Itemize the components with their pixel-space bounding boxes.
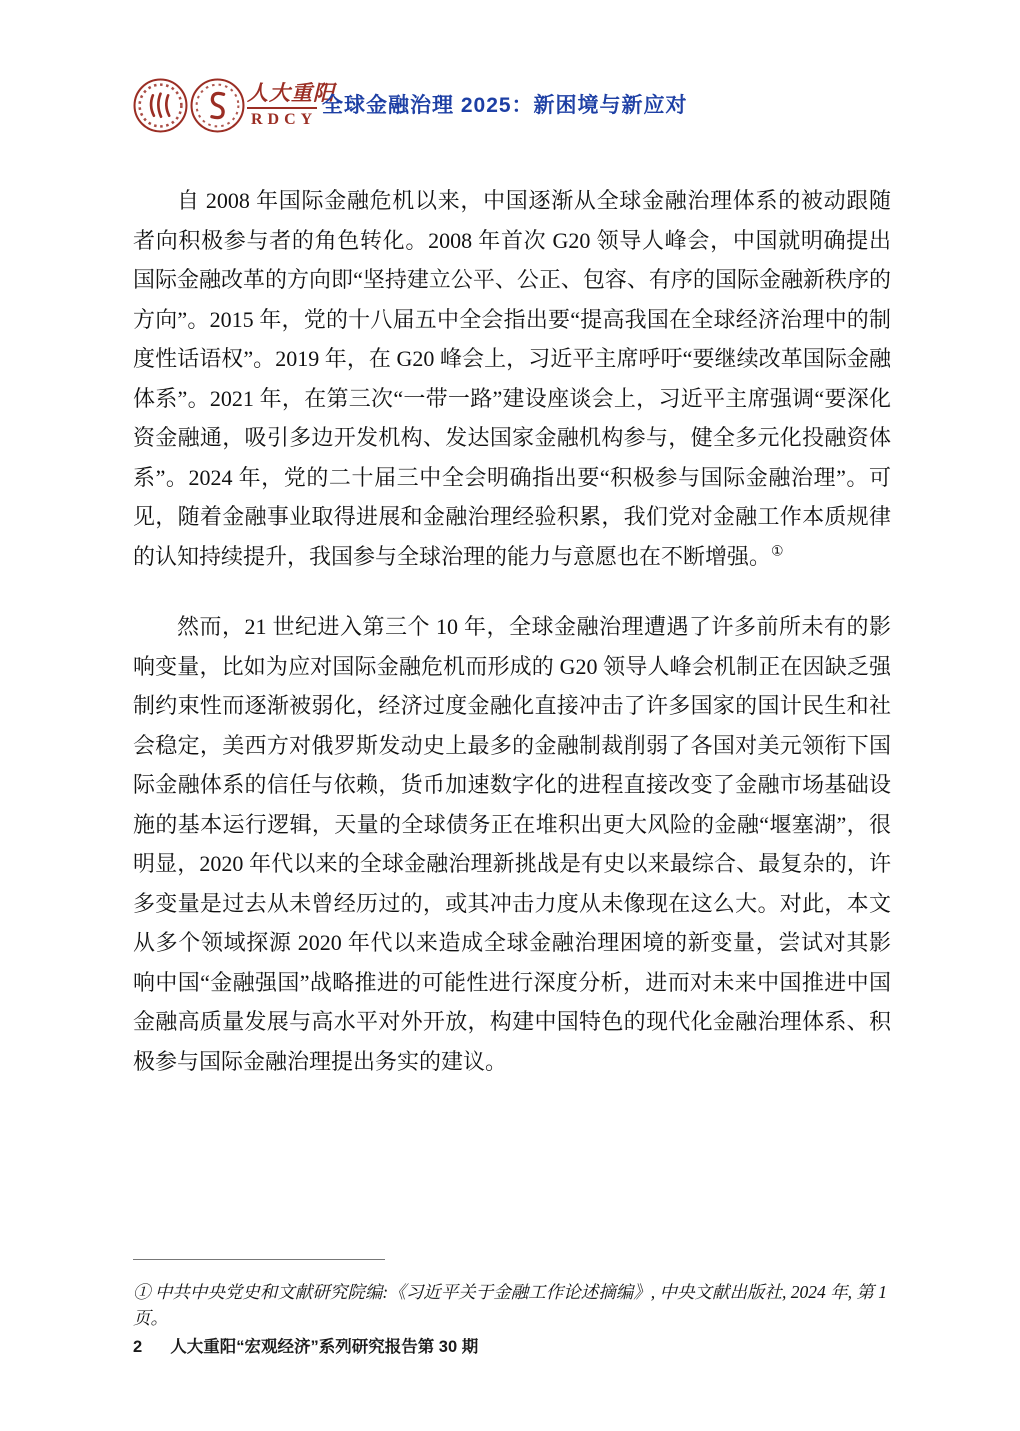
document-page: 人大重阳 RDCY 全球金融治理 2025：新困境与新应对 自 2008 年国际… xyxy=(0,0,1020,1431)
rdcy-logo-lockup: 人大重阳 RDCY xyxy=(247,80,317,130)
rdcy-seal-icon xyxy=(190,78,245,133)
logo-divider xyxy=(247,107,317,109)
body-text: 自 2008 年国际金融危机以来，中国逐渐从全球金融治理体系的被动跟随者向积极参… xyxy=(133,181,891,1081)
paragraph-1: 自 2008 年国际金融危机以来，中国逐渐从全球金融治理体系的被动跟随者向积极参… xyxy=(133,181,891,576)
page-footer: 2 人大重阳“宏观经济”系列研究报告第 30 期 xyxy=(133,1333,478,1357)
ruc-seal-icon xyxy=(133,78,188,133)
org-name-cn: 人大重阳 xyxy=(247,80,317,106)
org-name-en: RDCY xyxy=(247,110,317,130)
footnote-1-marker: ① xyxy=(771,544,784,559)
series-title: 人大重阳“宏观经济”系列研究报告第 30 期 xyxy=(170,1333,478,1357)
paragraph-1-text: 自 2008 年国际金融危机以来，中国逐渐从全球金融治理体系的被动跟随者向积极参… xyxy=(133,188,891,569)
paragraph-2: 然而，21 世纪进入第三个 10 年，全球金融治理遭遇了许多前所未有的影响变量，… xyxy=(133,607,891,1081)
footnote-1: ① 中共中央党史和文献研究院编:《习近平关于金融工作论述摘编》, 中央文献出版社… xyxy=(133,1279,895,1332)
page-number: 2 xyxy=(133,1338,142,1357)
report-header-title: 全球金融治理 2025：新困境与新应对 xyxy=(322,89,688,119)
paragraph-2-text: 然而，21 世纪进入第三个 10 年，全球金融治理遭遇了许多前所未有的影响变量，… xyxy=(133,614,891,1074)
footnote-divider xyxy=(133,1259,385,1260)
